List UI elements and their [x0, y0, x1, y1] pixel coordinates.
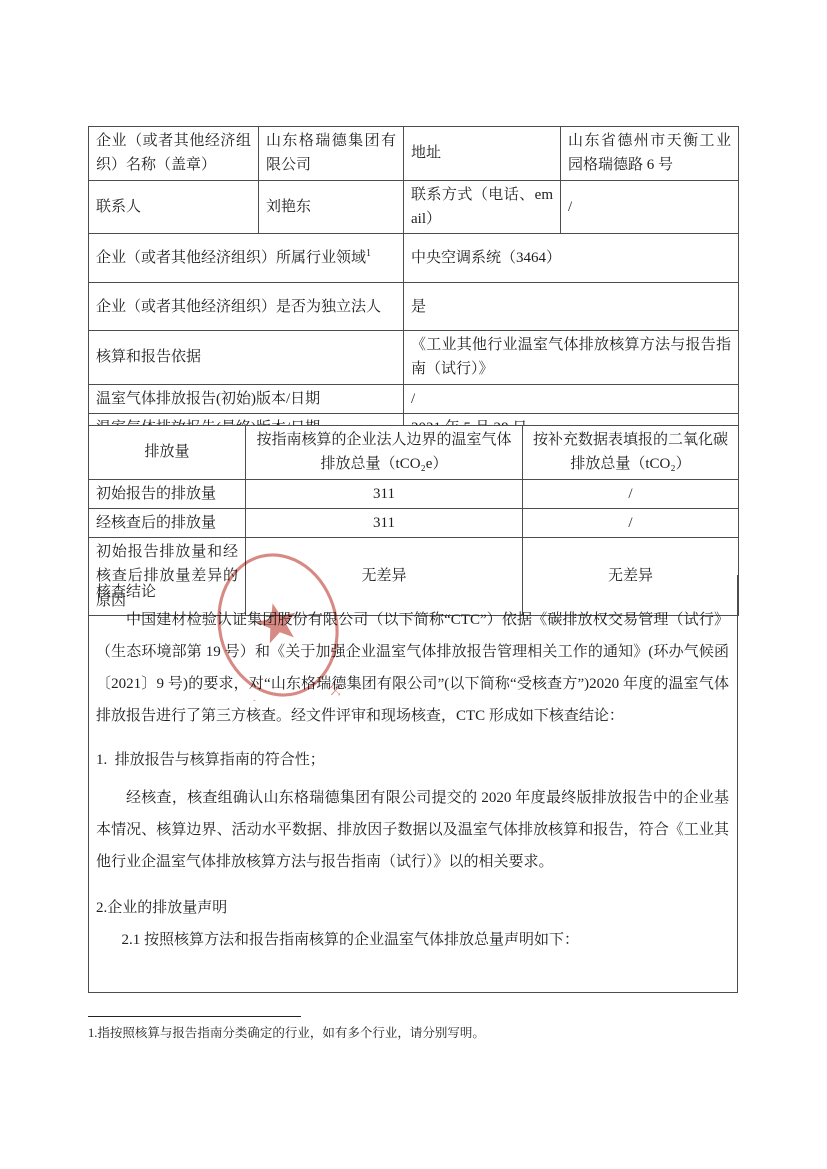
table-row: 企业（或者其他经济组织）名称（盖章） 山东格瑞德集团有限公司 地址 山东省德州市… — [89, 127, 739, 181]
company-info-table: 企业（或者其他经济组织）名称（盖章） 山东格瑞德集团有限公司 地址 山东省德州市… — [88, 126, 739, 443]
address-value: 山东省德州市天衡工业园格瑞德路 6 号 — [561, 127, 739, 181]
legal-person-label: 企业（或者其他经济组织）是否为独立法人 — [89, 283, 404, 331]
table-row: 联系人 刘艳东 联系方式（电话、email） / — [89, 180, 739, 234]
conclusion-intro-paragraph: 中国建材检验认证集团股份有限公司（以下简称“CTC”）依据《碳排放权交易管理（试… — [96, 604, 729, 732]
accounting-basis-label: 核算和报告依据 — [89, 331, 404, 385]
conclusion-section-1-heading: 1. 排放报告与核算指南的符合性； — [96, 744, 729, 776]
accounting-basis-value: 《工业其他行业温室气体排放核算方法与报告指南（试行）》 — [404, 331, 739, 385]
emissions-col-header-2: 按补充数据表填报的二氧化碳排放总量（tCO₂） — [523, 426, 739, 480]
verified-emission-value: 311 — [246, 508, 523, 537]
initial-emission-label: 初始报告的排放量 — [89, 479, 246, 508]
initial-report-version-value: / — [404, 384, 739, 413]
contact-person-value: 刘艳东 — [259, 180, 404, 234]
table-row: 企业（或者其他经济组织）是否为独立法人 是 — [89, 283, 739, 331]
initial-emission-supplementary: / — [523, 479, 739, 508]
company-name-label: 企业（或者其他经济组织）名称（盖章） — [89, 127, 259, 181]
table-row: 温室气体排放报告(初始)版本/日期 / — [89, 384, 739, 413]
table-row: 企业（或者其他经济组织）所属行业领域1 中央空调系统（3464） — [89, 234, 739, 283]
emissions-col-header-1: 按指南核算的企业法人边界的温室气体排放总量（tCO₂e） — [246, 426, 523, 480]
company-name-value: 山东格瑞德集团有限公司 — [259, 127, 404, 181]
conclusion-section-1-paragraph: 经核查，核查组确认山东格瑞德集团有限公司提交的 2020 年度最终版排放报告中的… — [96, 782, 729, 878]
table-row: 核算和报告依据 《工业其他行业温室气体排放核算方法与报告指南（试行）》 — [89, 331, 739, 385]
footnote-ref-1: 1 — [366, 248, 371, 259]
address-label: 地址 — [404, 127, 561, 181]
legal-person-value: 是 — [404, 283, 739, 331]
document-page: 企业（或者其他经济组织）名称（盖章） 山东格瑞德集团有限公司 地址 山东省德州市… — [0, 0, 827, 1169]
conclusion-title: 核查结论 — [96, 580, 729, 604]
conclusion-section-2-1-paragraph: 2.1 按照核算方法和报告指南核算的企业温室气体排放总量声明如下： — [96, 924, 729, 956]
initial-report-version-label: 温室气体排放报告(初始)版本/日期 — [89, 384, 404, 413]
contact-method-label: 联系方式（电话、email） — [404, 180, 561, 234]
industry-field-value: 中央空调系统（3464） — [404, 234, 739, 283]
table-row: 初始报告的排放量 311 / — [89, 479, 739, 508]
verified-emission-label: 经核查后的排放量 — [89, 508, 246, 537]
verification-conclusion-cell: 核查结论 中国建材检验认证集团股份有限公司（以下简称“CTC”）依据《碳排放权交… — [88, 575, 738, 993]
initial-emission-value: 311 — [246, 479, 523, 508]
emissions-header-row: 排放量 按指南核算的企业法人边界的温室气体排放总量（tCO₂e） 按补充数据表填… — [89, 426, 739, 480]
emissions-col-header-0: 排放量 — [89, 426, 246, 480]
industry-field-label: 企业（或者其他经济组织）所属行业领域1 — [89, 234, 404, 283]
conclusion-section-2-heading: 2.企业的排放量声明 — [96, 892, 729, 924]
table-row: 经核查后的排放量 311 / — [89, 508, 739, 537]
footnote-separator-rule — [88, 1016, 301, 1017]
verified-emission-supplementary: / — [523, 508, 739, 537]
contact-person-label: 联系人 — [89, 180, 259, 234]
contact-method-value: / — [561, 180, 739, 234]
industry-field-label-text: 企业（或者其他经济组织）所属行业领域 — [96, 250, 366, 266]
footnote-text: 1.指按照核算与报告指南分类确定的行业，如有多个行业，请分别写明。 — [88, 1024, 648, 1043]
